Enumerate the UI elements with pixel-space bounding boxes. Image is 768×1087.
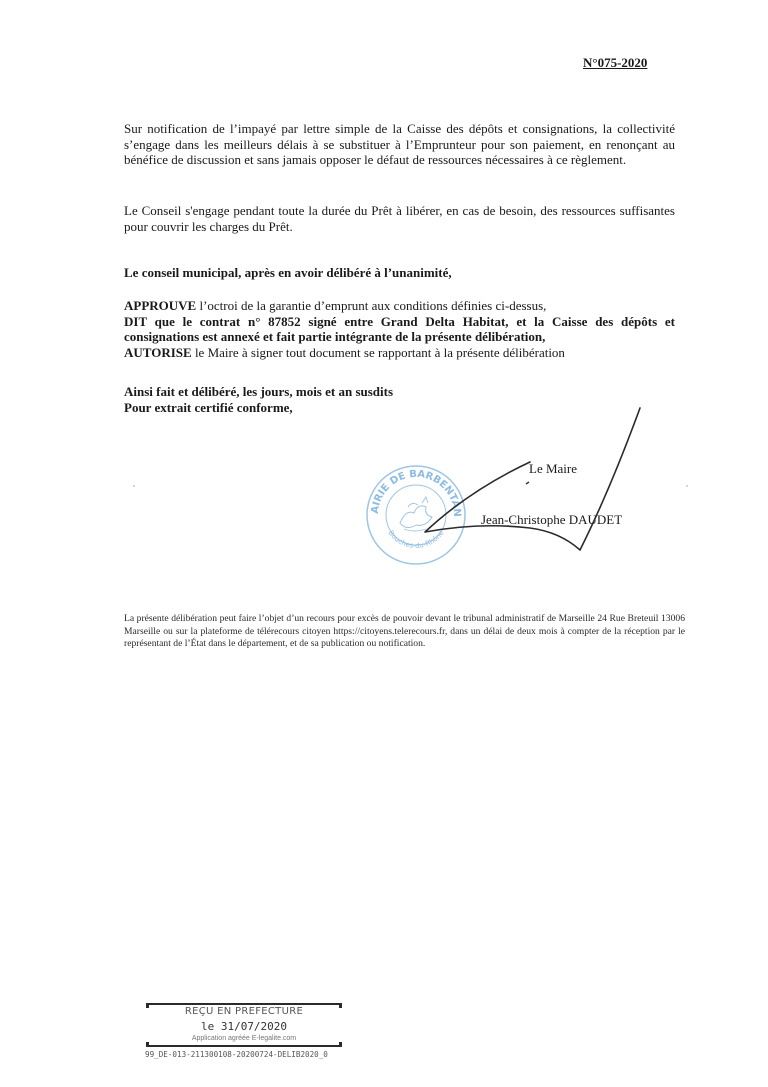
stamp-bracket-bottom: [146, 1042, 342, 1047]
stamp-identifier: 99_DE-013-211300108-20200724-DELIB2020_0: [145, 1050, 328, 1059]
closing-line-2: Pour extrait certifié conforme,: [124, 400, 393, 416]
decision-text: l’octroi de la garantie d’emprunt aux co…: [196, 298, 546, 313]
document-number: N°075-2020: [583, 55, 647, 71]
decision-keyword: DIT que le contrat n° 87852 signé entre …: [124, 314, 675, 345]
paragraph-council-commitment: Le Conseil s'engage pendant toute la dur…: [124, 203, 675, 234]
prefecture-receipt-stamp: REÇU EN PREFECTURE le 31/07/2020 Applica…: [146, 1003, 342, 1047]
stamp-application: Application agréée E-legalite.com: [146, 1035, 342, 1042]
decision-dit: DIT que le contrat n° 87852 signé entre …: [124, 314, 675, 345]
decision-autorise: AUTORISE le Maire à signer tout document…: [124, 345, 675, 361]
decisions-block: APPROUVE l’octroi de la garantie d’empru…: [124, 298, 675, 360]
decision-text: le Maire à signer tout document se rappo…: [192, 345, 565, 360]
stamp-title: REÇU EN PREFECTURE: [146, 1006, 342, 1017]
closing-line-1: Ainsi fait et délibéré, les jours, mois …: [124, 384, 393, 400]
paragraph-guarantee-substitution: Sur notification de l’impayé par lettre …: [124, 121, 675, 168]
handwritten-signature: [380, 400, 660, 560]
legal-appeal-notice: La présente délibération peut faire l’ob…: [124, 613, 685, 651]
decision-approuve: APPROUVE l’octroi de la garantie d’empru…: [124, 298, 675, 314]
scan-speck: [133, 485, 135, 487]
deliberation-intro: Le conseil municipal, après en avoir dél…: [124, 265, 675, 281]
decision-keyword: AUTORISE: [124, 345, 192, 360]
decision-keyword: APPROUVE: [124, 298, 196, 313]
stamp-date: le 31/07/2020: [146, 1020, 342, 1033]
scan-speck: [686, 485, 688, 487]
closing-block: Ainsi fait et délibéré, les jours, mois …: [124, 384, 393, 415]
